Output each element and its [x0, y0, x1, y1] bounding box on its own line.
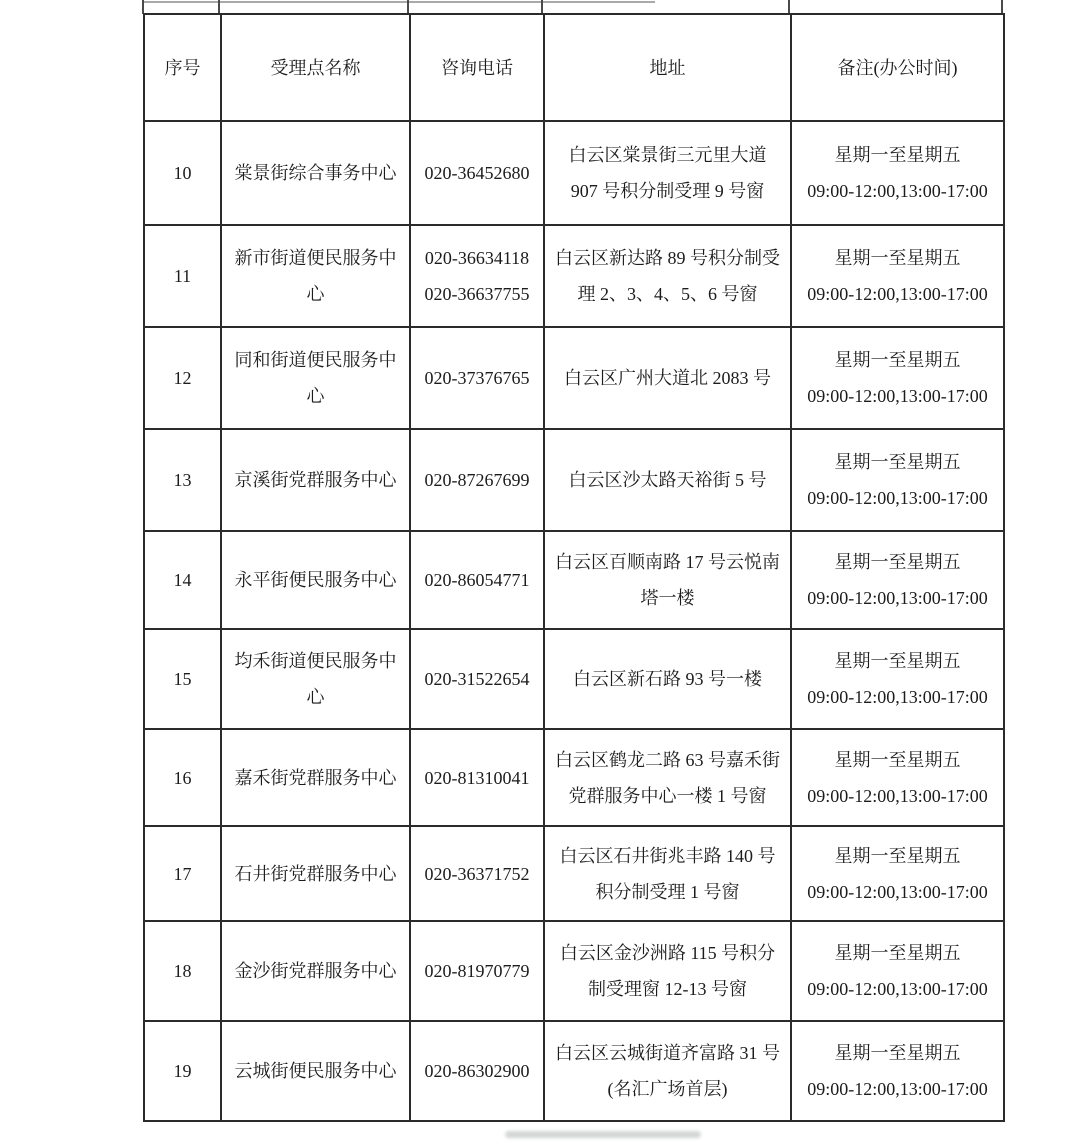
office-hours-cell: 星期一至星期五 09:00-12:00,13:00-17:00 — [791, 826, 1004, 921]
address-cell: 白云区石井街兆丰路 140 号 积分制受理 1 号窗 — [544, 826, 791, 921]
header-address: 地址 — [544, 14, 791, 121]
table-edge-remnant — [218, 0, 220, 14]
address-cell: 白云区沙太路天裕街 5 号 — [544, 429, 791, 531]
row-number-cell: 10 — [144, 121, 221, 225]
center-name-cell: 金沙街党群服务中心 — [221, 921, 410, 1021]
phone-cell: 020-86054771 — [410, 531, 544, 629]
phone-cell: 020-36634118 020-36637755 — [410, 225, 544, 327]
table-row: 16嘉禾街党群服务中心020-81310041白云区鹤龙二路 63 号嘉禾街 党… — [144, 729, 1004, 826]
phone-cell: 020-36371752 — [410, 826, 544, 921]
row-number-cell: 15 — [144, 629, 221, 729]
center-name-cell: 同和街道便民服务中 心 — [221, 327, 410, 429]
table-edge-remnant — [142, 0, 144, 14]
service-centers-table-wrap: 序号 受理点名称 咨询电话 地址 备注(办公时间) 10棠景街综合事务中心020… — [143, 13, 1005, 1122]
table-row: 13京溪街党群服务中心020-87267699白云区沙太路天裕街 5 号星期一至… — [144, 429, 1004, 531]
table-row: 14永平街便民服务中心020-86054771白云区百顺南路 17 号云悦南 塔… — [144, 531, 1004, 629]
row-number-cell: 13 — [144, 429, 221, 531]
office-hours-cell: 星期一至星期五 09:00-12:00,13:00-17:00 — [791, 921, 1004, 1021]
phone-cell: 020-86302900 — [410, 1021, 544, 1121]
phone-cell: 020-87267699 — [410, 429, 544, 531]
table-row: 18金沙街党群服务中心020-81970779白云区金沙洲路 115 号积分 制… — [144, 921, 1004, 1021]
phone-cell: 020-37376765 — [410, 327, 544, 429]
service-centers-table: 序号 受理点名称 咨询电话 地址 备注(办公时间) 10棠景街综合事务中心020… — [143, 13, 1005, 1122]
row-number-cell: 19 — [144, 1021, 221, 1121]
header-row: 序号 受理点名称 咨询电话 地址 备注(办公时间) — [144, 14, 1004, 121]
row-number-cell: 17 — [144, 826, 221, 921]
address-cell: 白云区金沙洲路 115 号积分 制受理窗 12-13 号窗 — [544, 921, 791, 1021]
table-row: 12同和街道便民服务中 心020-37376765白云区广州大道北 2083 号… — [144, 327, 1004, 429]
header-row-number: 序号 — [144, 14, 221, 121]
table-row: 19云城街便民服务中心020-86302900白云区云城街道齐富路 31 号 (… — [144, 1021, 1004, 1121]
center-name-cell: 棠景街综合事务中心 — [221, 121, 410, 225]
center-name-cell: 新市街道便民服务中 心 — [221, 225, 410, 327]
table-body: 10棠景街综合事务中心020-36452680白云区棠景街三元里大道 907 号… — [144, 121, 1004, 1121]
center-name-cell: 云城街便民服务中心 — [221, 1021, 410, 1121]
center-name-cell: 均禾街道便民服务中 心 — [221, 629, 410, 729]
center-name-cell: 石井街党群服务中心 — [221, 826, 410, 921]
phone-cell: 020-31522654 — [410, 629, 544, 729]
bottom-smudge — [505, 1131, 701, 1138]
address-cell: 白云区棠景街三元里大道 907 号积分制受理 9 号窗 — [544, 121, 791, 225]
center-name-cell: 永平街便民服务中心 — [221, 531, 410, 629]
office-hours-cell: 星期一至星期五 09:00-12:00,13:00-17:00 — [791, 629, 1004, 729]
row-number-cell: 11 — [144, 225, 221, 327]
table-row: 15均禾街道便民服务中 心020-31522654白云区新石路 93 号一楼星期… — [144, 629, 1004, 729]
office-hours-cell: 星期一至星期五 09:00-12:00,13:00-17:00 — [791, 429, 1004, 531]
table-edge-remnant — [788, 0, 790, 14]
office-hours-cell: 星期一至星期五 09:00-12:00,13:00-17:00 — [791, 225, 1004, 327]
address-cell: 白云区云城街道齐富路 31 号 (名汇广场首层) — [544, 1021, 791, 1121]
center-name-cell: 京溪街党群服务中心 — [221, 429, 410, 531]
address-cell: 白云区广州大道北 2083 号 — [544, 327, 791, 429]
center-name-cell: 嘉禾街党群服务中心 — [221, 729, 410, 826]
table-edge-remnant — [541, 0, 543, 14]
phone-cell: 020-81310041 — [410, 729, 544, 826]
row-number-cell: 16 — [144, 729, 221, 826]
table-row: 10棠景街综合事务中心020-36452680白云区棠景街三元里大道 907 号… — [144, 121, 1004, 225]
document-page: { "theme": { "page-bg": "#ffffff", "text… — [0, 0, 1080, 1142]
header-phone: 咨询电话 — [410, 14, 544, 121]
table-edge-remnant — [407, 0, 409, 14]
phone-cell: 020-81970779 — [410, 921, 544, 1021]
row-number-cell: 12 — [144, 327, 221, 429]
table-edge-remnant — [1001, 0, 1003, 14]
address-cell: 白云区新石路 93 号一楼 — [544, 629, 791, 729]
office-hours-cell: 星期一至星期五 09:00-12:00,13:00-17:00 — [791, 327, 1004, 429]
office-hours-cell: 星期一至星期五 09:00-12:00,13:00-17:00 — [791, 729, 1004, 826]
address-cell: 白云区新达路 89 号积分制受 理 2、3、4、5、6 号窗 — [544, 225, 791, 327]
office-hours-cell: 星期一至星期五 09:00-12:00,13:00-17:00 — [791, 121, 1004, 225]
header-office-hours: 备注(办公时间) — [791, 14, 1004, 121]
office-hours-cell: 星期一至星期五 09:00-12:00,13:00-17:00 — [791, 531, 1004, 629]
table-header: 序号 受理点名称 咨询电话 地址 备注(办公时间) — [144, 14, 1004, 121]
row-number-cell: 18 — [144, 921, 221, 1021]
office-hours-cell: 星期一至星期五 09:00-12:00,13:00-17:00 — [791, 1021, 1004, 1121]
phone-cell: 020-36452680 — [410, 121, 544, 225]
address-cell: 白云区鹤龙二路 63 号嘉禾街 党群服务中心一楼 1 号窗 — [544, 729, 791, 826]
address-cell: 白云区百顺南路 17 号云悦南 塔一楼 — [544, 531, 791, 629]
header-center-name: 受理点名称 — [221, 14, 410, 121]
table-row: 17石井街党群服务中心020-36371752白云区石井街兆丰路 140 号 积… — [144, 826, 1004, 921]
table-row: 11新市街道便民服务中 心020-36634118 020-36637755白云… — [144, 225, 1004, 327]
row-number-cell: 14 — [144, 531, 221, 629]
